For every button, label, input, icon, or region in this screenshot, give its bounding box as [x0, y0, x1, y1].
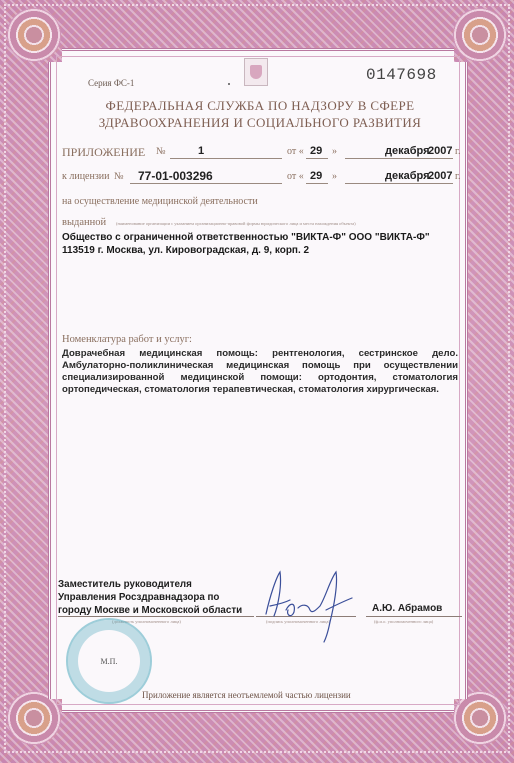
footer-note: Приложение является неотъемлемой частью … — [142, 690, 351, 700]
agency-title-line1: ФЕДЕРАЛЬНАЯ СЛУЖБА ПО НАДЗОРУ В СФЕРЕ — [70, 98, 450, 114]
license-year: 2007 — [428, 170, 452, 182]
appendix-year-suffix: г. — [455, 146, 460, 157]
appendix-from-label: от « — [287, 146, 304, 157]
position-line — [58, 616, 254, 617]
handwritten-signature-icon — [256, 566, 356, 644]
issued-label: выданной — [62, 217, 106, 228]
official-seal-stamp: М.П. — [66, 618, 152, 704]
corner-rosette-icon — [7, 8, 61, 62]
dot-mark — [228, 83, 230, 85]
appendix-number: 1 — [198, 145, 204, 157]
issued-caption: (наименование организации с указанием ор… — [116, 221, 356, 226]
appendix-month: декабря — [385, 145, 430, 157]
activity-text: на осуществление медицинской деятельност… — [62, 196, 258, 207]
stamp-label: М.П. — [101, 657, 118, 666]
appendix-number-line — [170, 145, 282, 159]
name-line — [366, 616, 462, 617]
appendix-year: 2007 — [428, 145, 452, 157]
appendix-row: ПРИЛОЖЕНИЕ № 1 от « 29 » декабря 2007 г. — [62, 145, 462, 161]
appendix-day: 29 — [310, 145, 322, 157]
nomenclature-label: Номенклатура работ и услуг: — [62, 334, 192, 345]
signatory-name: А.Ю. Абрамов — [372, 603, 442, 614]
license-from-label: от « — [287, 171, 304, 182]
organization-address: 113519 г. Москва, ул. Кировоградская, д.… — [62, 245, 309, 256]
caption-name: (ф.и.о. уполномоченного лица) — [374, 619, 433, 624]
license-month: декабря — [385, 170, 430, 182]
license-year-suffix: г. — [455, 171, 460, 182]
license-row: к лицензии № 77-01-003296 от « 29 » дека… — [62, 170, 462, 186]
license-label: к лицензии — [62, 171, 110, 182]
nomenclature-text: Доврачебная медицинская помощь: рентгено… — [62, 348, 458, 396]
signatory-position-line1: Заместитель руководителя — [58, 578, 242, 591]
corner-rosette-icon — [453, 691, 507, 745]
appendix-day-close: » — [332, 146, 337, 157]
signatory-position-line2: Управления Росздравнадзора по — [58, 591, 242, 604]
license-number-sign: № — [114, 171, 124, 182]
agency-title-line2: ЗДРАВООХРАНЕНИЯ И СОЦИАЛЬНОГО РАЗВИТИЯ — [70, 115, 450, 131]
corner-rosette-icon — [7, 691, 61, 745]
corner-rosette-icon — [453, 8, 507, 62]
serial-number: 0147698 — [366, 66, 437, 84]
signatory-position: Заместитель руководителя Управления Росз… — [58, 578, 242, 617]
license-day: 29 — [310, 170, 322, 182]
organization-name: Общество с ограниченной ответственностью… — [62, 232, 430, 243]
appendix-label: ПРИЛОЖЕНИЕ — [62, 145, 145, 160]
license-number: 77-01-003296 — [138, 169, 213, 183]
coat-of-arms-icon — [244, 58, 268, 86]
appendix-number-sign: № — [156, 146, 166, 157]
license-day-close: » — [332, 171, 337, 182]
series-label: Серия ФС-1 — [88, 78, 134, 88]
